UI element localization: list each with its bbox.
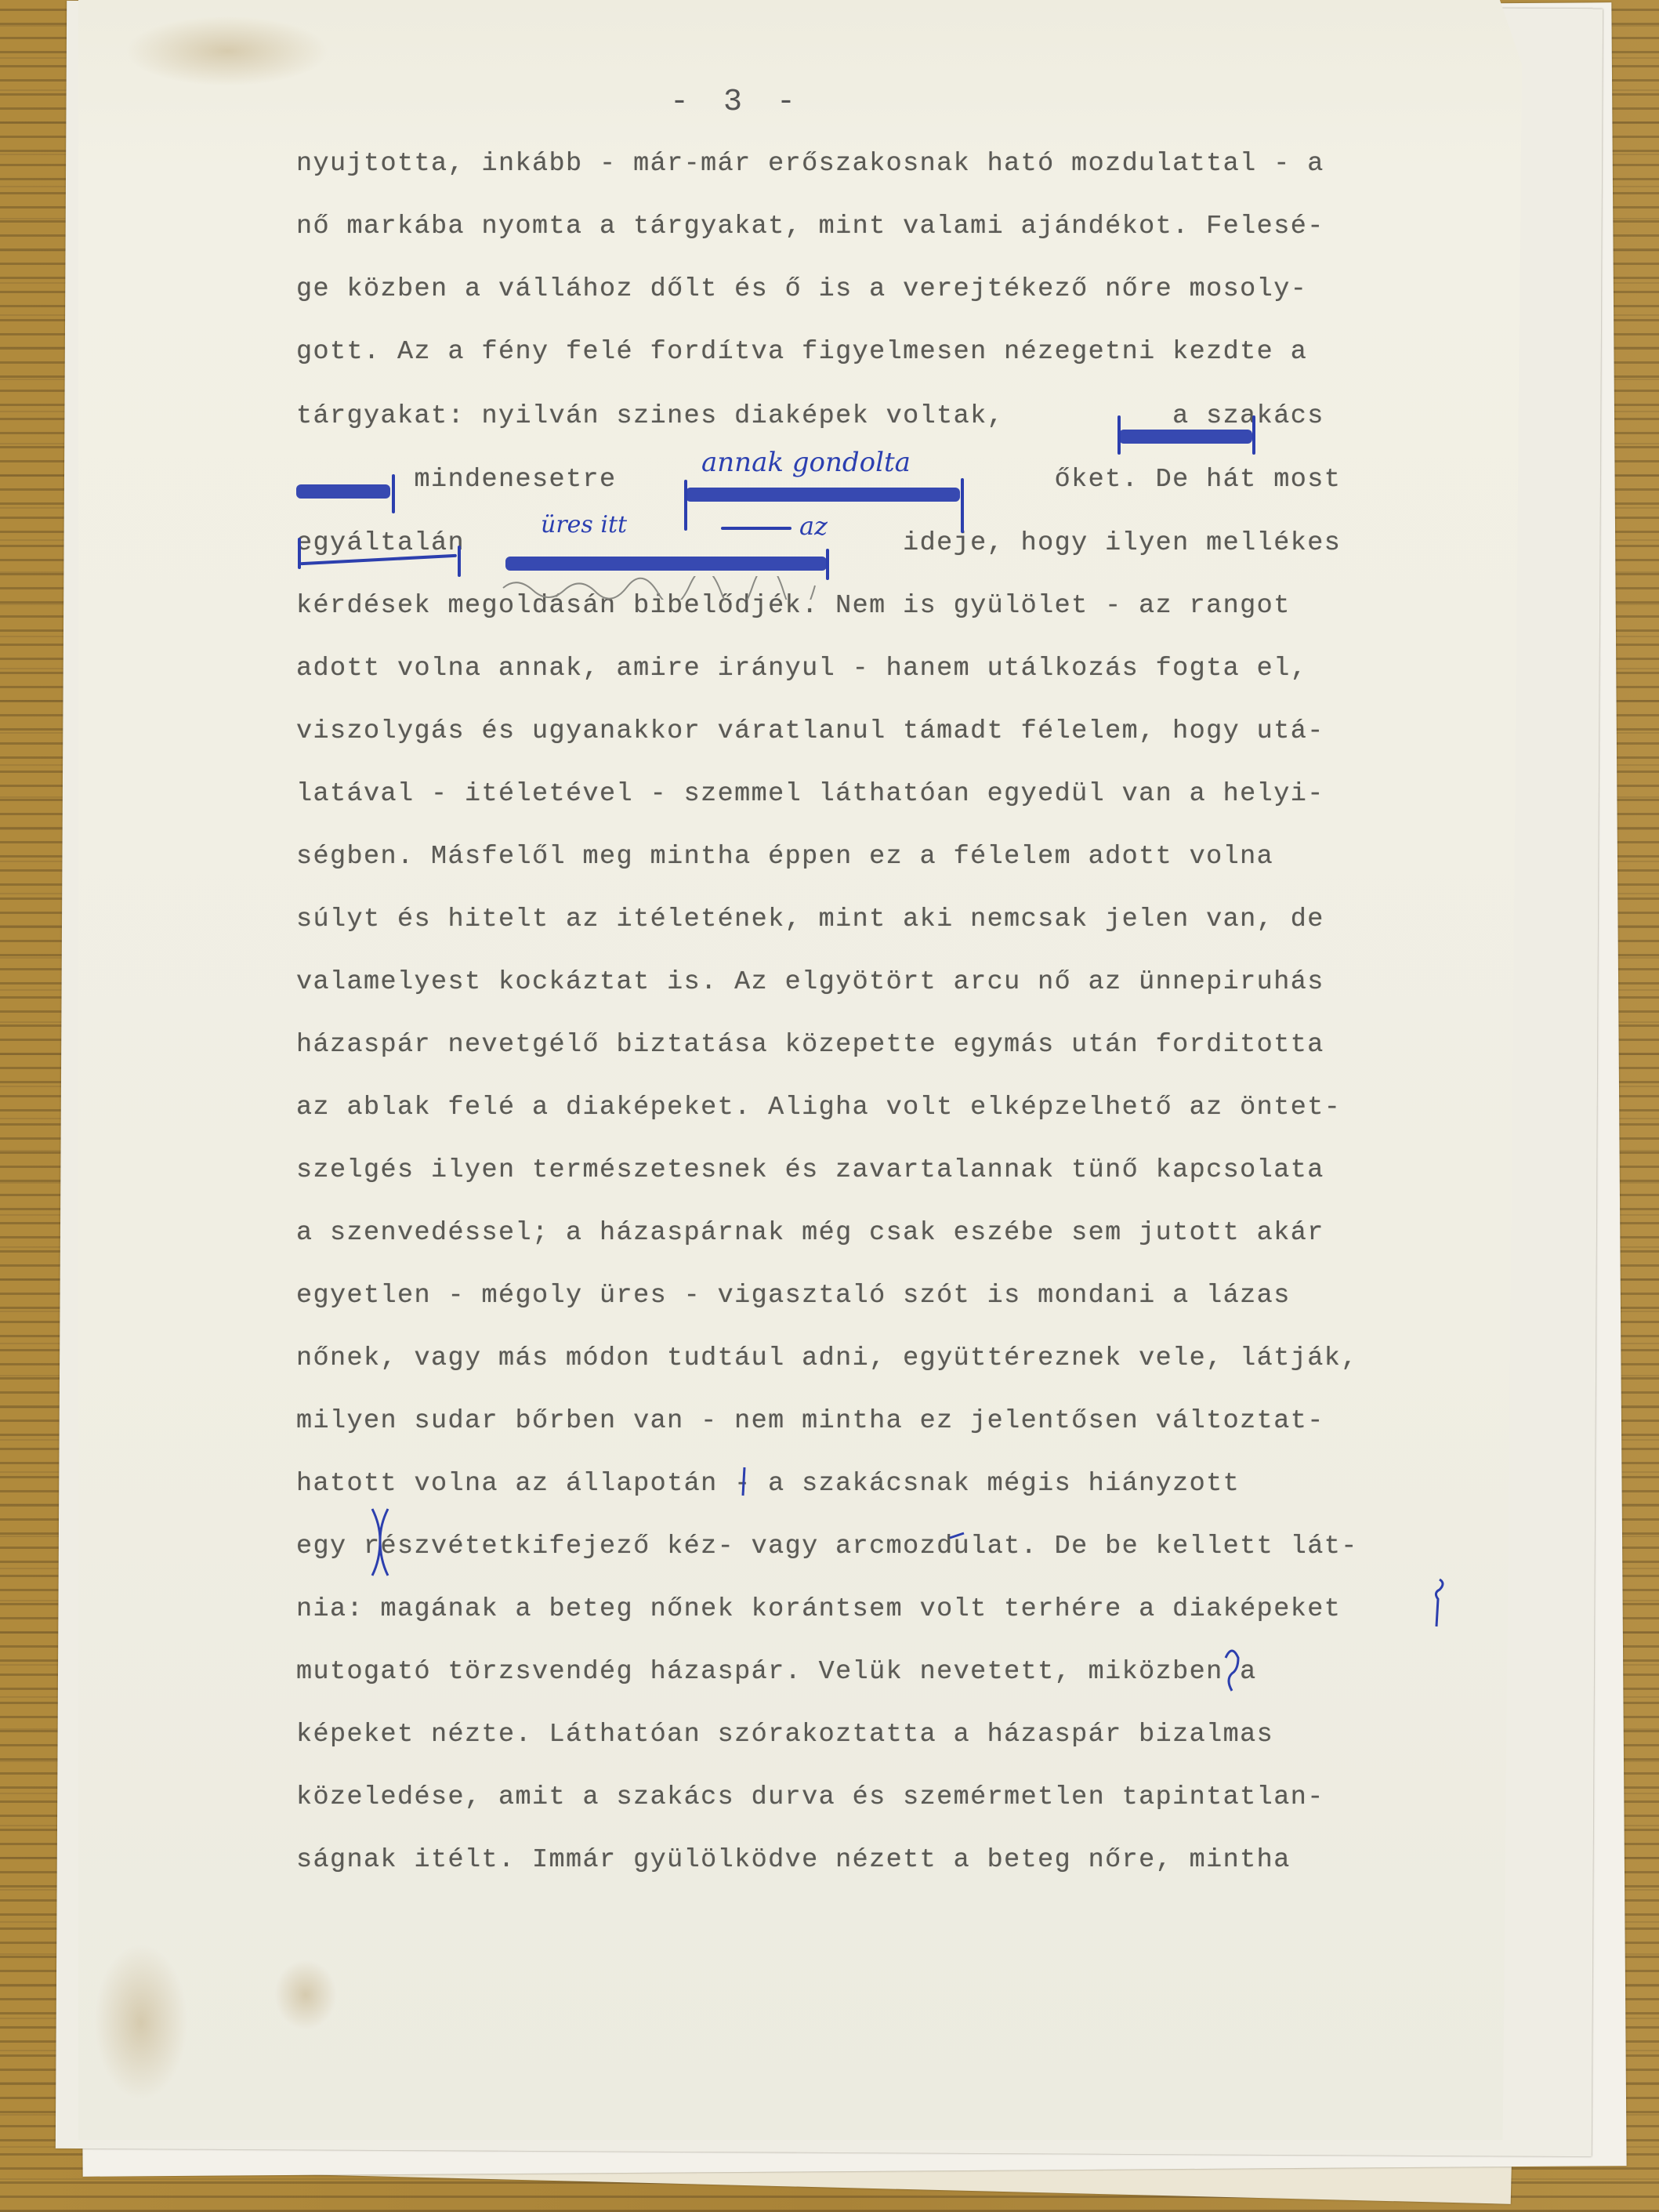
- text-line: tárgyakat: nyilván szines diaképek volta…: [296, 401, 1324, 431]
- ink-bracket: [826, 549, 829, 580]
- text-line: adott volna annak, amire irányul - hanem…: [296, 654, 1307, 684]
- ink-bracket: [392, 474, 395, 513]
- text-line: közeledése, amit a szakács durva és szem…: [296, 1782, 1324, 1812]
- handwritten-insertion: annak gondolta: [701, 447, 911, 478]
- pencil-squiggle: [502, 576, 831, 600]
- ink-bracket: [1252, 415, 1255, 455]
- text-line: latával - itéletével - szemmel láthatóan…: [296, 779, 1324, 809]
- ink-strikethrough: [721, 527, 791, 530]
- text-line: súlyt és hitelt az itéletének, mint aki …: [296, 905, 1324, 934]
- text-line: az ablak felé a diaképeket. Aligha volt …: [296, 1093, 1341, 1122]
- text-line: a szenvedéssel; a házaspárnak még csak e…: [296, 1218, 1324, 1248]
- ink-strikethrough: [505, 557, 827, 571]
- text-line: viszolygás és ugyanakkor váratlanul táma…: [296, 716, 1324, 746]
- page-number: - 3 -: [650, 85, 823, 120]
- paper-stain: [94, 1944, 188, 2101]
- ink-dash-mark: [948, 1528, 972, 1544]
- text-line: nia: magának a beteg nőnek korántsem vol…: [296, 1594, 1341, 1624]
- ink-separator-mark: [737, 1466, 752, 1497]
- text-line: ge közben a vállához dőlt és ő is a vere…: [296, 274, 1307, 304]
- ink-bracket: [458, 546, 461, 577]
- text-line: nő markába nyomta a tárgyakat, mint vala…: [296, 212, 1324, 241]
- text-line: nyujtotta, inkább - már-már erőszakosnak…: [296, 149, 1324, 179]
- text-line: mutogató törzsvendég házaspár. Velük nev…: [296, 1657, 1257, 1687]
- handwritten-insertion: üres itt: [541, 511, 627, 538]
- text-line: valamelyest kockáztat is. Az elgyötört a…: [296, 967, 1324, 997]
- text-line: szelgés ilyen természetesnek és zavartal…: [296, 1155, 1324, 1185]
- typewritten-page: [78, 0, 1544, 2140]
- ink-bracket: [684, 480, 687, 531]
- text-line: ségben. Másfelől meg mintha éppen ez a f…: [296, 842, 1273, 872]
- text-line: gott. Az a fény felé fordítva figyelmese…: [296, 337, 1307, 367]
- ink-deletion-mark: [1430, 1576, 1450, 1630]
- text-line: házaspár nevetgélő biztatása közepette e…: [296, 1030, 1324, 1060]
- paper-stain: [274, 1960, 337, 2030]
- handwritten-insertion: az: [799, 511, 828, 541]
- text-line: milyen sudar bőrben van - nem mintha ez …: [296, 1406, 1324, 1436]
- paper-stain: [125, 16, 329, 86]
- ink-strikethrough: [1119, 430, 1252, 444]
- ink-insertion-mark: [368, 1505, 392, 1579]
- ink-strikethrough: [296, 484, 390, 499]
- text-line: ságnak itélt. Immár gyülölködve nézett a…: [296, 1845, 1291, 1875]
- text-line: egy részvétetkifejező kéz- vagy arcmozdu…: [296, 1532, 1358, 1561]
- ink-bracket: [961, 478, 964, 533]
- text-line: képeket nézte. Láthatóan szórakoztatta a…: [296, 1720, 1273, 1750]
- text-line: hatott volna az állapotán - a szakácsnak…: [296, 1469, 1240, 1499]
- ink-strikethrough: [686, 488, 960, 502]
- text-line: nőnek, vagy más módon tudtául adni, együ…: [296, 1344, 1358, 1373]
- ink-transposition-mark: [1223, 1642, 1242, 1693]
- text-line: egyetlen - mégoly üres - vigasztaló szót…: [296, 1281, 1291, 1311]
- ink-bracket: [298, 538, 301, 569]
